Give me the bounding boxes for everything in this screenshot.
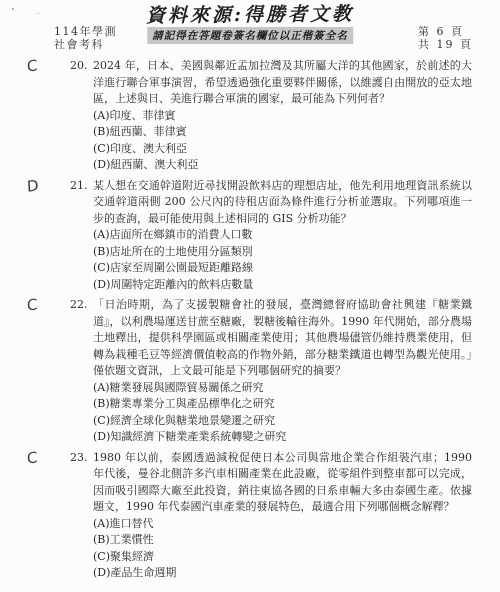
question-body: 某人想在交通幹道附近尋找開設飲料店的理想店址，他先利用地理資訊系統以交通幹道兩側…: [93, 178, 500, 294]
question-20: C 20. 2024 年，日本、美國與鄰近孟加拉灣及其所屬大洋的其他國家，於前述…: [0, 58, 500, 174]
question-number: 20.: [70, 58, 93, 75]
handwritten-answer-mark: C: [27, 296, 38, 314]
exam-page: 資料來源:得勝者文教 114年學測 社會考科 請記得在答題卷簽名欄位以正楷簽全名…: [0, 0, 500, 592]
answer-mark-column: C: [0, 297, 70, 316]
option-d: (D)紐西蘭、澳大利亞: [93, 157, 472, 174]
page-info: 第 6 頁 共 19 頁: [418, 25, 473, 51]
option-c: (C)聚集經濟: [93, 549, 472, 566]
question-body: 2024 年，日本、美國與鄰近孟加拉灣及其所屬大洋的其他國家，於前述的大洋進行聯…: [93, 58, 500, 174]
question-number: 21.: [70, 178, 93, 195]
question-stem: 2024 年，日本、美國與鄰近孟加拉灣及其所屬大洋的其他國家，於前述的大洋進行聯…: [93, 58, 472, 108]
option-c: (C)店家至周圍公園最短距離路線: [93, 260, 472, 277]
question-stem: 「日治時期，為了支援製糖會社的發展，臺灣總督府協助會社興建『糖業鐵道』，以利農場…: [93, 297, 472, 380]
exam-year-label: 114年學測: [54, 25, 117, 38]
page-number: 第 6 頁: [418, 25, 473, 38]
exam-info: 114年學測 社會考科: [54, 25, 117, 51]
question-list: C 20. 2024 年，日本、美國與鄰近孟加拉灣及其所屬大洋的其他國家，於前述…: [0, 58, 500, 586]
question-23: C 23. 1980 年以前，泰國透過減稅促使日本公司與當地企業合作組裝汽車；1…: [0, 450, 500, 582]
question-stem: 某人想在交通幹道附近尋找開設飲料店的理想店址，他先利用地理資訊系統以交通幹道兩側…: [93, 178, 472, 228]
option-a: (A)糖業發展與國際貿易關係之研究: [93, 380, 472, 397]
option-b: (B)糖業專業分工與產品標準化之研究: [93, 396, 472, 413]
option-a: (A)進口替代: [93, 516, 472, 533]
signature-reminder-stamp: 請記得在答題卷簽名欄位以正楷簽全名: [147, 27, 353, 44]
handwritten-answer-mark: C: [27, 57, 38, 75]
question-22: C 22. 「日治時期，為了支援製糖會社的發展，臺灣總督府協助會社興建『糖業鐵道…: [0, 297, 500, 446]
question-21: D 21. 某人想在交通幹道附近尋找開設飲料店的理想店址，他先利用地理資訊系統以…: [0, 178, 500, 294]
option-a: (A)店面所在鄉鎮市的消費人口數: [93, 227, 472, 244]
answer-mark-column: C: [0, 58, 70, 77]
subject-label: 社會考科: [54, 38, 117, 51]
option-c: (C)經濟全球化與糖業地景變遷之研究: [93, 413, 472, 430]
answer-mark-column: C: [0, 450, 70, 469]
answer-mark-column: D: [0, 178, 70, 197]
question-number: 22.: [70, 297, 93, 314]
option-d: (D)知識經濟下糖業產業系統轉變之研究: [93, 429, 472, 446]
option-d: (D)產品生命週期: [93, 565, 472, 582]
option-b: (B)工業慣性: [93, 532, 472, 549]
option-b: (B)紐西蘭、菲律賓: [93, 124, 472, 141]
handwritten-answer-mark: C: [27, 449, 38, 467]
handwritten-answer-mark: D: [27, 177, 39, 195]
option-a: (A)印度、菲律賓: [93, 108, 472, 125]
option-d: (D)周圍特定距離內的飲料店數量: [93, 277, 472, 294]
question-number: 23.: [70, 450, 93, 467]
question-body: 「日治時期，為了支援製糖會社的發展，臺灣總督府協助會社興建『糖業鐵道』，以利農場…: [93, 297, 500, 446]
question-stem: 1980 年以前，泰國透過減稅促使日本公司與當地企業合作組裝汽車；1990 年代…: [93, 450, 472, 516]
option-c: (C)印度、澳大利亞: [93, 141, 472, 158]
question-body: 1980 年以前，泰國透過減稅促使日本公司與當地企業合作組裝汽車；1990 年代…: [93, 450, 500, 582]
option-b: (B)店址所在的土地使用分區類別: [93, 244, 472, 261]
page-total: 共 19 頁: [418, 38, 473, 51]
